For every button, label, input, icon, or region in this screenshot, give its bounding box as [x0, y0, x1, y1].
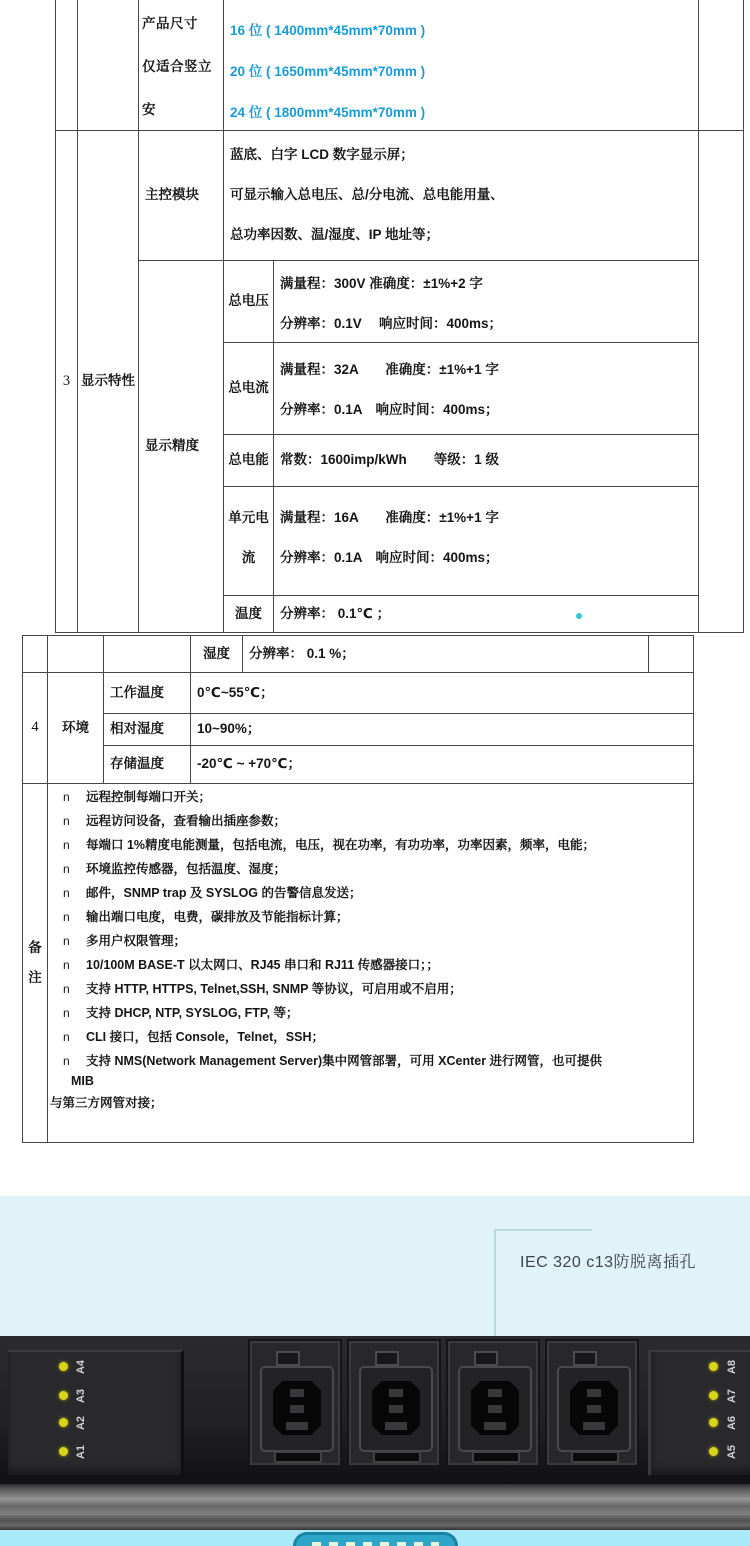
humidity-value: 分辨率： 0.1 %；	[249, 646, 355, 662]
cell-product-size-label: 产品尺寸 仅适合竖立安 装	[138, 0, 224, 131]
socket-pin-slot	[389, 1389, 403, 1397]
cell-humidity-label: 湿度	[190, 635, 243, 673]
remarks-label-char: 备	[28, 940, 42, 956]
outlet-face	[359, 1366, 433, 1452]
socket-pin-slot	[583, 1422, 605, 1430]
pdu-photo: A4 A3 A2 A1	[0, 1336, 750, 1530]
cell-row-no-4: 4	[22, 672, 48, 784]
main-module-label: 主控模块	[139, 187, 199, 203]
led-indicator	[709, 1418, 718, 1427]
remark-item: n每端口 1%精度电能测量，包括电流，电压，视在功率，有功功率，功率因素，频率，…	[48, 833, 683, 857]
bullet-marker: n	[63, 809, 70, 833]
callout-line-horizontal	[494, 1229, 592, 1231]
outlet-latch	[375, 1351, 399, 1366]
cell-env-label-0: 工作温度	[103, 672, 191, 714]
cell-voltage-content: 满量程：300V 准确度：±1%+2 字 分辨率：0.1V 响应时间：400ms…	[273, 260, 699, 343]
socket-pin-slot	[290, 1405, 304, 1413]
remark-footer: 与第三方网管对接；	[48, 1091, 683, 1115]
cell-empty	[55, 0, 78, 131]
socket-pin-slot	[484, 1422, 506, 1430]
outlet-face	[557, 1366, 631, 1452]
unit-current-line: 分辨率：0.1A 响应时间：400ms；	[280, 538, 698, 578]
bullet-marker: n	[63, 881, 70, 905]
cell-temperature-content: 分辨率： 0.1℃ ；	[273, 595, 699, 633]
callout-line-vertical-upper	[494, 1229, 496, 1336]
callout-label: IEC 320 c13防脱离插孔	[520, 1249, 696, 1272]
iec-c13-outlet	[446, 1339, 540, 1467]
rail-highlight	[0, 1498, 750, 1499]
cell-remarks-label: 备 注	[22, 783, 48, 1143]
env-label: 相对湿度	[110, 721, 164, 737]
led-indicator	[59, 1391, 68, 1400]
cropped-banner-pill	[293, 1532, 458, 1546]
cell-unit-current-label: 单元电 流	[223, 486, 274, 596]
socket-pin-slot	[286, 1422, 308, 1430]
remark-item: nCLI 接口，包括 Console，Telnet，SSH；	[48, 1025, 683, 1049]
led-indicator	[59, 1447, 68, 1456]
energy-line: 常数：1600imp/kWh 等级：1 级	[280, 452, 499, 468]
pdu-mounting-rail	[0, 1484, 750, 1530]
c13-socket-opening	[570, 1381, 618, 1435]
remark-item: n远程控制每端口开关；	[48, 785, 683, 809]
cell-empty-right-col	[698, 130, 744, 633]
c13-socket-opening	[273, 1381, 321, 1435]
outlet-face	[260, 1366, 334, 1452]
iec-c13-outlet	[347, 1339, 441, 1467]
iec-c13-outlet	[248, 1339, 342, 1467]
cell-row-no-3: 3	[55, 130, 78, 633]
bullet-marker: n	[63, 857, 70, 881]
outlet-latch	[276, 1351, 300, 1366]
page-root: 产品尺寸 仅适合竖立安 装 16 位 ( 1400mm*45mm*70mm ) …	[0, 0, 750, 1546]
env-value: 10~90%；	[197, 721, 260, 737]
pdu-right-led-panel: A8 A7 A6 A5	[648, 1350, 750, 1475]
outlet-face	[458, 1366, 532, 1452]
led-indicator	[709, 1362, 718, 1371]
socket-pin-slot	[488, 1389, 502, 1397]
env-label: 工作温度	[110, 685, 164, 701]
cell-empty-right-col	[698, 0, 744, 131]
c13-socket-opening	[372, 1381, 420, 1435]
bullet-marker: n	[63, 1049, 70, 1073]
current-line: 满量程：32A 准确度：±1%+1 字	[280, 350, 698, 390]
socket-pin-slot	[389, 1405, 403, 1413]
env-value: -20℃ ~ +70℃；	[197, 756, 301, 772]
unit-current-label-line: 单元电	[224, 498, 273, 538]
bullet-marker: n	[63, 953, 70, 977]
cell-env-value-1: 10~90%；	[190, 713, 694, 746]
display-precision-label: 显示精度	[139, 438, 199, 454]
product-size-label-line: 仅适合竖立安	[142, 45, 223, 131]
remark-item: n远程访问设备，查看输出插座参数；	[48, 809, 683, 833]
pdu-left-led-panel: A4 A3 A2 A1	[8, 1350, 184, 1475]
cell-env-value-0: 0℃~55℃；	[190, 672, 694, 714]
product-size-label-line: 产品尺寸	[142, 2, 223, 45]
voltage-line: 分辨率：0.1V 响应时间：400ms；	[280, 304, 698, 344]
cell-env-label-2: 存储温度	[103, 745, 191, 784]
cell-env-value-2: -20℃ ~ +70℃；	[190, 745, 694, 784]
outlet-retention-slot	[373, 1451, 421, 1463]
bullet-marker: n	[63, 905, 70, 929]
main-module-line: 可显示输入总电压、总/分电流、总电能用量、	[230, 175, 698, 215]
dimension-option: 24 位 ( 1800mm*45mm*70mm )	[230, 92, 698, 133]
dimension-option: 20 位 ( 1650mm*45mm*70mm )	[230, 51, 698, 92]
remark-item: n多用户权限管理；	[48, 929, 683, 953]
socket-pin-slot	[587, 1405, 601, 1413]
temperature-line: 分辨率： 0.1℃ ；	[280, 606, 390, 622]
bullet-marker: n	[63, 929, 70, 953]
led-indicator	[709, 1391, 718, 1400]
iec-c13-outlet	[545, 1339, 639, 1467]
outlet-latch	[474, 1351, 498, 1366]
bullet-marker: n	[63, 833, 70, 857]
cell-env-label-1: 相对湿度	[103, 713, 191, 746]
cell-display-precision-label: 显示精度	[138, 260, 224, 633]
cell-empty	[47, 635, 104, 673]
bullet-marker: n	[63, 785, 70, 809]
cell-voltage-label: 总电压	[223, 260, 274, 343]
cell-energy-label: 总电能	[223, 434, 274, 487]
led-indicator	[59, 1418, 68, 1427]
socket-pin-slot	[587, 1389, 601, 1397]
remark-item: n输出端口电度，电费，碳排放及节能指标计算；	[48, 905, 683, 929]
cell-empty	[22, 635, 48, 673]
cell-current-label: 总电流	[223, 342, 274, 435]
rail-highlight	[0, 1514, 750, 1515]
led-label: A2	[75, 1412, 87, 1434]
outlet-latch	[573, 1351, 597, 1366]
c13-socket-opening	[471, 1381, 519, 1435]
led-indicator	[59, 1362, 68, 1371]
remark-item-wrap: MIB	[48, 1073, 683, 1089]
unit-current-line: 满量程：16A 准确度：±1%+1 字	[280, 498, 698, 538]
remark-item: n邮件，SNMP trap 及 SYSLOG 的告警信息发送；	[48, 881, 683, 905]
cropped-banner-text-tops	[312, 1542, 439, 1546]
remark-item: n支持 HTTP, HTTPS, Telnet,SSH, SNMP 等协议，可启…	[48, 977, 683, 1001]
led-label: A5	[726, 1441, 738, 1463]
env-value: 0℃~55℃；	[197, 685, 274, 701]
unit-current-label-line: 流	[224, 538, 273, 578]
led-label: A1	[75, 1441, 87, 1463]
outlet-retention-slot	[274, 1451, 322, 1463]
outlet-retention-slot	[472, 1451, 520, 1463]
led-label: A7	[726, 1385, 738, 1407]
cell-row-label-display: 显示特性	[77, 130, 139, 633]
led-label: A6	[726, 1412, 738, 1434]
cell-empty	[77, 0, 139, 131]
main-module-line: 蓝底、白字 LCD 数字显示屏；	[230, 135, 698, 175]
socket-pin-slot	[290, 1389, 304, 1397]
cell-empty	[648, 635, 694, 673]
cell-main-module-content: 蓝底、白字 LCD 数字显示屏； 可显示输入总电压、总/分电流、总电能用量、 总…	[223, 130, 699, 261]
led-indicator	[709, 1447, 718, 1456]
led-label: A4	[75, 1356, 87, 1378]
bullet-marker: n	[63, 1001, 70, 1025]
dimension-option: 16 位 ( 1400mm*45mm*70mm )	[230, 10, 698, 51]
cell-remarks-content: n远程控制每端口开关； n远程访问设备，查看输出插座参数； n每端口 1%精度电…	[47, 783, 694, 1143]
led-label: A3	[75, 1385, 87, 1407]
remark-item: n支持 NMS(Network Management Server)集中网管部署…	[48, 1049, 683, 1073]
cell-empty	[103, 635, 191, 673]
remarks-label-char: 注	[28, 970, 42, 986]
env-label: 存储温度	[110, 756, 164, 772]
outlet-retention-slot	[571, 1451, 619, 1463]
socket-pin-slot	[488, 1405, 502, 1413]
socket-pin-slot	[385, 1422, 407, 1430]
remark-item: n环境监控传感器，包括温度、湿度；	[48, 857, 683, 881]
cell-current-content: 满量程：32A 准确度：±1%+1 字 分辨率：0.1A 响应时间：400ms；	[273, 342, 699, 435]
bullet-marker: n	[63, 977, 70, 1001]
cell-energy-content: 常数：1600imp/kWh 等级：1 级	[273, 434, 699, 487]
cell-humidity-value: 分辨率： 0.1 %；	[242, 635, 649, 673]
remark-item: n10/100M BASE-T 以太网口、RJ45 串口和 RJ11 传感器接口…	[48, 953, 683, 977]
cell-temperature-label: 温度	[223, 595, 274, 633]
bullet-marker: n	[63, 1025, 70, 1049]
cell-unit-current-content: 满量程：16A 准确度：±1%+1 字 分辨率：0.1A 响应时间：400ms；	[273, 486, 699, 596]
cell-row-label-env: 环境	[47, 672, 104, 784]
cell-product-size-options: 16 位 ( 1400mm*45mm*70mm ) 20 位 ( 1650mm*…	[223, 0, 699, 131]
cyan-dot-decoration	[576, 613, 582, 619]
current-line: 分辨率：0.1A 响应时间：400ms；	[280, 390, 698, 430]
main-module-line: 总功率因数、温/湿度、IP 地址等；	[230, 215, 698, 255]
voltage-line: 满量程：300V 准确度：±1%+2 字	[280, 264, 698, 304]
remark-item: n支持 DHCP, NTP, SYSLOG, FTP, 等；	[48, 1001, 683, 1025]
led-label: A8	[726, 1356, 738, 1378]
cell-main-module-label: 主控模块	[138, 130, 224, 261]
